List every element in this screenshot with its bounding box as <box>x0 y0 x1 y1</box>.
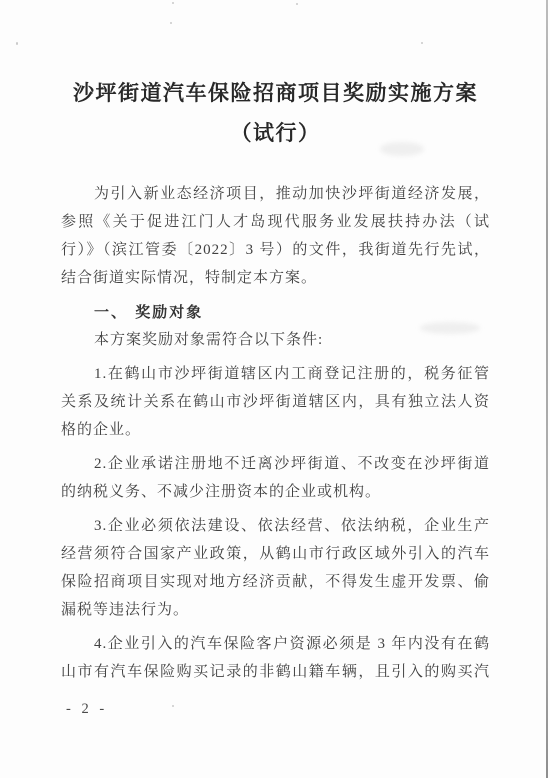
scan-speck <box>421 42 423 44</box>
page-number: - 2 - <box>66 701 108 718</box>
scan-smudge <box>420 322 480 334</box>
text-line: 为引入新业态经济项目，推动加快沙坪街道经济发展， <box>61 180 490 208</box>
scan-speck <box>172 705 174 707</box>
scan-speck <box>170 22 172 24</box>
text-line: 行）》（滨江管委〔2022〕3 号）的文件，我街道先行先试， <box>61 236 490 264</box>
text-line: 4.企业引入的汽车保险客户资源必须是 3 年内没有在鹤 <box>61 630 490 658</box>
text-line: 漏税等违法行为。 <box>61 596 490 624</box>
paragraph: 1.在鹤山市沙坪街道辖区内工商登记注册的，税务征管关系及统计关系在鹤山市沙坪街道… <box>61 360 490 444</box>
text-line: 1.在鹤山市沙坪街道辖区内工商登记注册的，税务征管 <box>61 360 490 388</box>
document-subtitle: （试行） <box>61 113 490 153</box>
scan-smudge <box>380 142 424 156</box>
paragraph: 2.企业承诺注册地不迁离沙坪街道、不改变在沙坪街道的纳税义务、不减少注册资本的企… <box>61 450 490 506</box>
text-line: 一、 奖励对象 <box>61 298 490 326</box>
scan-speck <box>16 42 18 45</box>
text-line: 结合街道实际情况，特制定本方案。 <box>61 264 490 292</box>
document-body: 为引入新业态经济项目，推动加快沙坪街道经济发展，参照《关于促进江门人才岛现代服务… <box>61 180 490 686</box>
text-line: 关系及统计关系在鹤山市沙坪街道辖区内，具有独立法人资 <box>61 388 490 416</box>
scan-speck <box>172 2 174 4</box>
document-content: 沙坪街道汽车保险招商项目奖励实施方案 （试行） 为引入新业态经济项目，推动加快沙… <box>61 73 490 692</box>
text-line: 的纳税义务、不减少注册资本的企业或机构。 <box>61 478 490 506</box>
paragraph: 为引入新业态经济项目，推动加快沙坪街道经济发展，参照《关于促进江门人才岛现代服务… <box>61 180 490 292</box>
section-heading: 一、 奖励对象 <box>61 298 490 326</box>
text-line: 参照《关于促进江门人才岛现代服务业发展扶持办法（试 <box>61 208 490 236</box>
scanned-page: 沙坪街道汽车保险招商项目奖励实施方案 （试行） 为引入新业态经济项目，推动加快沙… <box>0 0 550 778</box>
text-line: 2.企业承诺注册地不迁离沙坪街道、不改变在沙坪街道 <box>61 450 490 478</box>
scan-edge-shadow <box>546 0 548 778</box>
paragraph: 4.企业引入的汽车保险客户资源必须是 3 年内没有在鹤山市有汽车保险购买记录的非… <box>61 630 490 686</box>
scan-speck <box>296 3 298 5</box>
text-line: 3.企业必须依法建设、依法经营、依法纳税，企业生产 <box>61 512 490 540</box>
text-line: 山市有汽车保险购买记录的非鹤山籍车辆，且引入的购买汽 <box>61 658 490 686</box>
text-line: 经营须符合国家产业政策，从鹤山市行政区域外引入的汽车 <box>61 540 490 568</box>
text-line: 格的企业。 <box>61 416 490 444</box>
paragraph: 3.企业必须依法建设、依法经营、依法纳税，企业生产经营须符合国家产业政策，从鹤山… <box>61 512 490 624</box>
text-line: 保险招商项目实现对地方经济贡献，不得发生虚开发票、偷 <box>61 568 490 596</box>
document-title: 沙坪街道汽车保险招商项目奖励实施方案 <box>61 73 490 113</box>
